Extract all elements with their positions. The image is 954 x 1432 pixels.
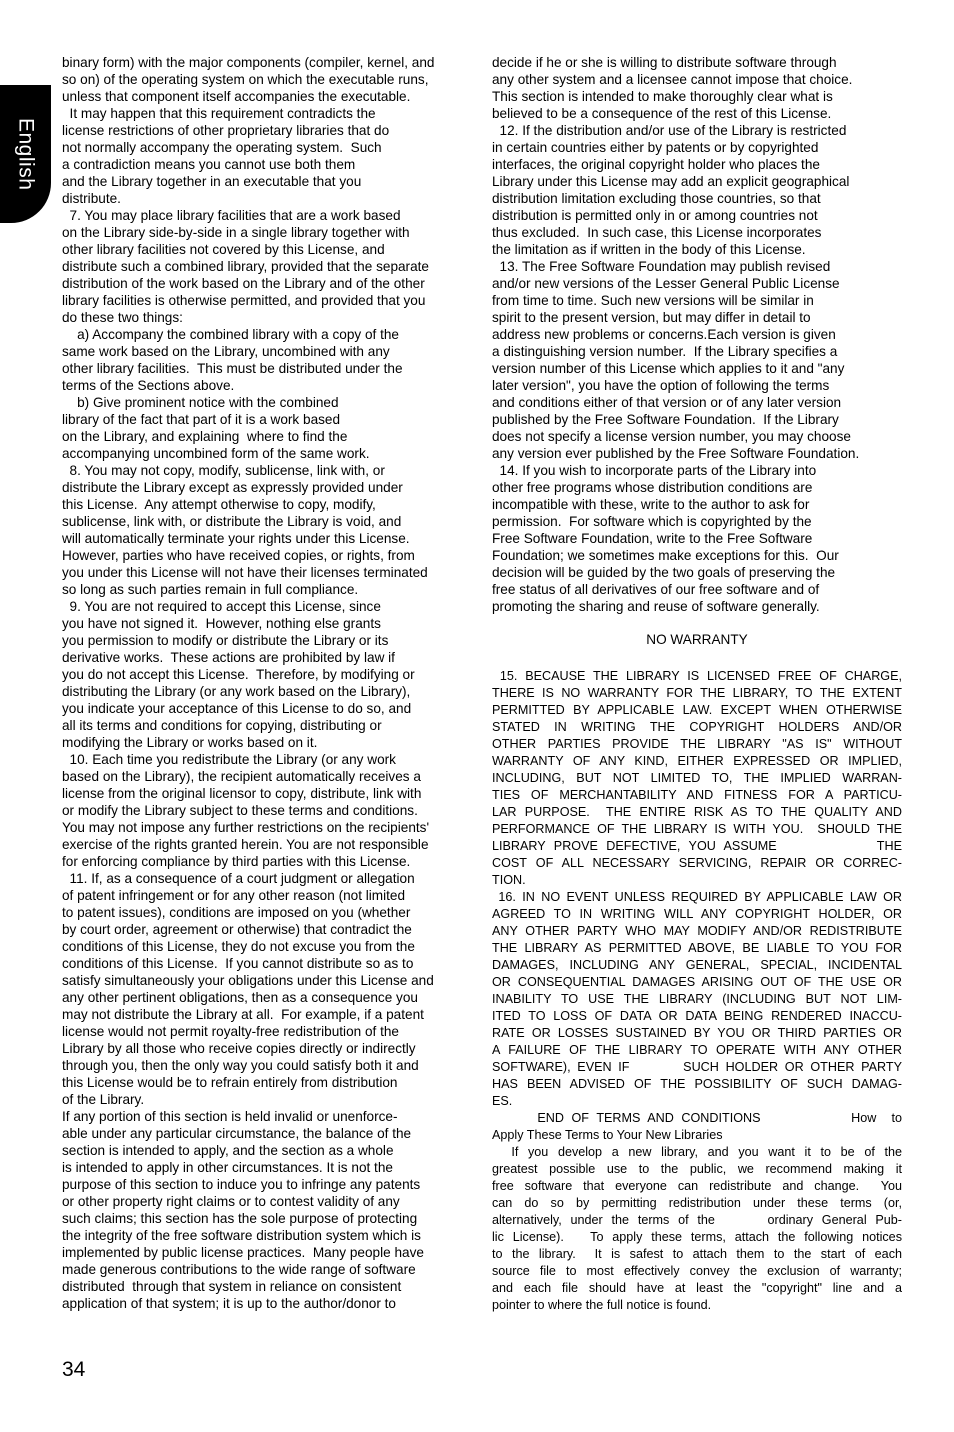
text-line: OR CONSEQUENTIAL DAMAGES ARISING OUT OF …: [492, 974, 902, 991]
text-line: greatest possible use to the public, we …: [492, 1161, 902, 1178]
paragraph: 10. Each time you redistribute the Libra…: [62, 751, 487, 870]
text-line: THE LIBRARY AS PERMITTED ABOVE, BE LIABL…: [492, 940, 902, 957]
text-line: other library facilities not covered by …: [62, 241, 487, 258]
text-line: version number of this License which app…: [492, 360, 902, 377]
text-line: HAS BEEN ADVISED OF THE POSSIBILITY OF S…: [492, 1076, 902, 1093]
text-line: 8. You may not copy, modify, sublicense,…: [62, 462, 487, 479]
text-line: 11. If, as a consequence of a court judg…: [62, 870, 487, 887]
text-line: LAR PURPOSE. THE ENTIRE RISK AS TO THE Q…: [492, 804, 902, 821]
paragraph: 11. If, as a consequence of a court judg…: [62, 870, 487, 1108]
text-line: exercise of the rights granted herein. Y…: [62, 836, 487, 853]
text-line: DAMAGES, INCLUDING ANY GENERAL, SPECIAL,…: [492, 957, 902, 974]
text-line: LIBRARY PROVE DEFECTIVE, YOU ASSUME THE: [492, 838, 902, 855]
text-line: thus excluded. In such case, this Licens…: [492, 224, 902, 241]
text-line: purpose of this section to induce you to…: [62, 1176, 487, 1193]
text-line: b) Give prominent notice with the combin…: [62, 394, 487, 411]
text-line: distribute such a combined library, prov…: [62, 258, 487, 275]
text-line: so long as such parties remain in full c…: [62, 581, 487, 598]
text-line: you have not signed it. However, nothing…: [62, 615, 487, 632]
text-line: you under this License will not have the…: [62, 564, 487, 581]
text-line: A FAILURE OF THE LIBRARY TO OPERATE WITH…: [492, 1042, 902, 1059]
text-line: does not specify a license version numbe…: [492, 428, 902, 445]
text-line: later version", you have the option of f…: [492, 377, 902, 394]
text-line: you indicate your acceptance of this Lic…: [62, 700, 487, 717]
text-line: If you develop a new library, and you wa…: [492, 1144, 902, 1161]
text-line: Library under this License may add an ex…: [492, 173, 902, 190]
text-line: and/or new versions of the Lesser Genera…: [492, 275, 902, 292]
text-line: library facilities is otherwise permitte…: [62, 292, 487, 309]
text-line: incompatible with these, write to the au…: [492, 496, 902, 513]
text-line: of the Library.: [62, 1091, 487, 1108]
section-heading: NO WARRANTY: [492, 631, 902, 648]
text-line: distribute.: [62, 190, 487, 207]
text-line: COST OF ALL NECESSARY SERVICING, REPAIR …: [492, 855, 902, 872]
text-line: interfaces, the original copyright holde…: [492, 156, 902, 173]
text-line: distributed through that system in relia…: [62, 1278, 487, 1295]
text-line: Foundation; we sometimes make exceptions…: [492, 547, 902, 564]
text-line: in certain countries either by patents o…: [492, 139, 902, 156]
text-line: section is intended to apply, and the se…: [62, 1142, 487, 1159]
paragraph: decide if he or she is willing to distri…: [492, 54, 902, 615]
text-line: 10. Each time you redistribute the Libra…: [62, 751, 487, 768]
text-line: may not distribute the Library at all. F…: [62, 1006, 487, 1023]
text-line: you do not accept this License. Therefor…: [62, 666, 487, 683]
paragraph: If you develop a new library, and you wa…: [492, 1144, 902, 1314]
text-line: 7. You may place library facilities that…: [62, 207, 487, 224]
text-line: You may not impose any further restricti…: [62, 819, 487, 836]
text-line: distribution is permitted only in or amo…: [492, 207, 902, 224]
text-line: and each file should have at least the "…: [492, 1280, 902, 1297]
text-line: to patent issues), conditions are impose…: [62, 904, 487, 921]
text-line: do these two things:: [62, 309, 487, 326]
left-column: binary form) with the major components (…: [62, 54, 487, 1312]
text-line: spirit to the present version, but may d…: [492, 309, 902, 326]
text-line: address new problems or concerns.Each ve…: [492, 326, 902, 343]
text-line: terms of the Sections above.: [62, 377, 487, 394]
text-line: If any portion of this section is held i…: [62, 1108, 487, 1125]
text-line: to the library. It is safest to attach t…: [492, 1246, 902, 1263]
text-line: Apply These Terms to Your New Libraries: [492, 1127, 902, 1144]
text-line: all its terms and conditions for copying…: [62, 717, 487, 734]
text-line: this License. Any attempt otherwise to c…: [62, 496, 487, 513]
text-line: Library by all those who receive copies …: [62, 1040, 487, 1057]
text-line: PERFORMANCE OF THE LIBRARY IS WITH YOU. …: [492, 821, 902, 838]
text-line: WARRANTY OF ANY KIND, EITHER EXPRESSED O…: [492, 753, 902, 770]
text-line: It may happen that this requirement cont…: [62, 105, 487, 122]
text-line: AGREED TO IN WRITING WILL ANY COPYRIGHT …: [492, 906, 902, 923]
text-line: TION.: [492, 872, 902, 889]
text-line: satisfy simultaneously your obligations …: [62, 972, 487, 989]
text-line: END OF TERMS AND CONDITIONS How to: [492, 1110, 902, 1127]
text-line: on the Library, and explaining where to …: [62, 428, 487, 445]
text-line: other free programs whose distribution c…: [492, 479, 902, 496]
text-line: pointer to where the full notice is foun…: [492, 1297, 902, 1314]
text-line: on the Library side-by-side in a single …: [62, 224, 487, 241]
text-line: license would not permit royalty-free re…: [62, 1023, 487, 1040]
text-line: accompanying uncombined form of the same…: [62, 445, 487, 462]
text-line: 13. The Free Software Foundation may pub…: [492, 258, 902, 275]
text-line: promoting the sharing and reuse of softw…: [492, 598, 902, 615]
text-line: implemented by public license practices.…: [62, 1244, 487, 1261]
text-line: believed to be a consequence of the rest…: [492, 105, 902, 122]
text-line: distribution limitation excluding those …: [492, 190, 902, 207]
text-line: PERMITTED BY APPLICABLE LAW. EXCEPT WHEN…: [492, 702, 902, 719]
text-line: OTHER PARTIES PROVIDE THE LIBRARY "AS IS…: [492, 736, 902, 753]
text-line: distribute the Library except as express…: [62, 479, 487, 496]
text-line: made generous contributions to the wide …: [62, 1261, 487, 1278]
text-line: STATED IN WRITING THE COPYRIGHT HOLDERS …: [492, 719, 902, 736]
text-line: ES.: [492, 1093, 902, 1110]
text-line: free software that everyone can redistri…: [492, 1178, 902, 1195]
paragraph: If any portion of this section is held i…: [62, 1108, 487, 1312]
text-line: any other system and a licensee cannot i…: [492, 71, 902, 88]
text-line: any version ever published by the Free S…: [492, 445, 902, 462]
text-line: library of the fact that part of it is a…: [62, 411, 487, 428]
language-tab: English: [0, 85, 51, 223]
text-line: such claims; this section has the sole p…: [62, 1210, 487, 1227]
text-line: source file to most effectively convey t…: [492, 1263, 902, 1280]
text-line: based on the Library), the recipient aut…: [62, 768, 487, 785]
paragraph: 8. You may not copy, modify, sublicense,…: [62, 462, 487, 598]
text-line: a contradiction means you cannot use bot…: [62, 156, 487, 173]
text-line: distributing the Library (or any work ba…: [62, 683, 487, 700]
text-line: any other pertinent obligations, then as…: [62, 989, 487, 1006]
text-line: a distinguishing version number. If the …: [492, 343, 902, 360]
text-line: 16. IN NO EVENT UNLESS REQUIRED BY APPLI…: [492, 889, 902, 906]
text-line: THERE IS NO WARRANTY FOR THE LIBRARY, TO…: [492, 685, 902, 702]
text-line: RATE OR LOSSES SUSTAINED BY YOU OR THIRD…: [492, 1025, 902, 1042]
text-line: license restrictions of other proprietar…: [62, 122, 487, 139]
text-line: the limitation as if written in the body…: [492, 241, 902, 258]
text-line: binary form) with the major components (…: [62, 54, 487, 71]
text-line: you permission to modify or distribute t…: [62, 632, 487, 649]
paragraph: 9. You are not required to accept this L…: [62, 598, 487, 751]
text-line: 9. You are not required to accept this L…: [62, 598, 487, 615]
text-line: 12. If the distribution and/or use of th…: [492, 122, 902, 139]
paragraph: binary form) with the major components (…: [62, 54, 487, 207]
text-line: this License would be to refrain entirel…: [62, 1074, 487, 1091]
text-line: the integrity of the free software distr…: [62, 1227, 487, 1244]
right-column: decide if he or she is willing to distri…: [492, 54, 902, 1314]
text-line: modifying the Library or works based on …: [62, 734, 487, 751]
paragraph: 7. You may place library facilities that…: [62, 207, 487, 462]
language-tab-label: English: [14, 118, 38, 190]
text-line: Free Software Foundation, write to the F…: [492, 530, 902, 547]
text-line: or other property right claims or to con…: [62, 1193, 487, 1210]
text-line: sublicense, link with, or distribute the…: [62, 513, 487, 530]
text-line: can do so by permitting redistribution u…: [492, 1195, 902, 1212]
text-line: or modify the Library subject to these t…: [62, 802, 487, 819]
text-line: and the Library together in an executabl…: [62, 173, 487, 190]
text-line: is intended to apply in other circumstan…: [62, 1159, 487, 1176]
text-line: free status of all derivatives of our fr…: [492, 581, 902, 598]
text-line: a) Accompany the combined library with a…: [62, 326, 487, 343]
paragraph: 16. IN NO EVENT UNLESS REQUIRED BY APPLI…: [492, 889, 902, 1110]
text-line: unless that component itself accompanies…: [62, 88, 487, 105]
text-line: INABILITY TO USE THE LIBRARY (INCLUDING …: [492, 991, 902, 1008]
text-line: able under any particular circumstance, …: [62, 1125, 487, 1142]
text-line: However, parties who have received copie…: [62, 547, 487, 564]
text-line: ANY OTHER PARTY WHO MAY MODIFY AND/OR RE…: [492, 923, 902, 940]
text-line: 15. BECAUSE THE LIBRARY IS LICENSED FREE…: [492, 668, 902, 685]
text-line: by court order, agreement or otherwise) …: [62, 921, 487, 938]
text-line: same work based on the Library, uncombin…: [62, 343, 487, 360]
license-document-page: English binary form) with the major comp…: [0, 0, 954, 1432]
text-line: INCLUDING, BUT NOT LIMITED TO, THE IMPLI…: [492, 770, 902, 787]
text-line: derivative works. These actions are proh…: [62, 649, 487, 666]
text-line: conditions of this License. If you canno…: [62, 955, 487, 972]
text-line: through you, then the only way you could…: [62, 1057, 487, 1074]
text-line: This section is intended to make thoroug…: [492, 88, 902, 105]
paragraph: END OF TERMS AND CONDITIONS How toApply …: [492, 1110, 902, 1144]
page-number: 34: [62, 1358, 85, 1382]
text-line: of patent infringement or for any other …: [62, 887, 487, 904]
text-line: other library facilities. This must be d…: [62, 360, 487, 377]
text-line: alternatively, under the terms of the or…: [492, 1212, 902, 1229]
text-line: permission. For software which is copyri…: [492, 513, 902, 530]
text-line: NO WARRANTY: [492, 631, 902, 648]
text-line: will automatically terminate your rights…: [62, 530, 487, 547]
text-line: decision will be guided by the two goals…: [492, 564, 902, 581]
text-line: lic License). To apply these terms, atta…: [492, 1229, 902, 1246]
text-line: for enforcing compliance by third partie…: [62, 853, 487, 870]
text-line: SOFTWARE), EVEN IF SUCH HOLDER OR OTHER …: [492, 1059, 902, 1076]
text-line: conditions of this License, they do not …: [62, 938, 487, 955]
text-line: license from the original licensor to co…: [62, 785, 487, 802]
text-line: TIES OF MERCHANTABILITY AND FITNESS FOR …: [492, 787, 902, 804]
text-line: decide if he or she is willing to distri…: [492, 54, 902, 71]
text-line: from time to time. Such new versions wil…: [492, 292, 902, 309]
text-line: not normally accompany the operating sys…: [62, 139, 487, 156]
text-line: published by the Free Software Foundatio…: [492, 411, 902, 428]
text-line: so on) of the operating system on which …: [62, 71, 487, 88]
text-line: distribution of the work based on the Li…: [62, 275, 487, 292]
paragraph: 15. BECAUSE THE LIBRARY IS LICENSED FREE…: [492, 668, 902, 889]
text-line: 14. If you wish to incorporate parts of …: [492, 462, 902, 479]
text-line: and conditions either of that version or…: [492, 394, 902, 411]
text-line: application of that system; it is up to …: [62, 1295, 487, 1312]
text-line: ITED TO LOSS OF DATA OR DATA BEING RENDE…: [492, 1008, 902, 1025]
